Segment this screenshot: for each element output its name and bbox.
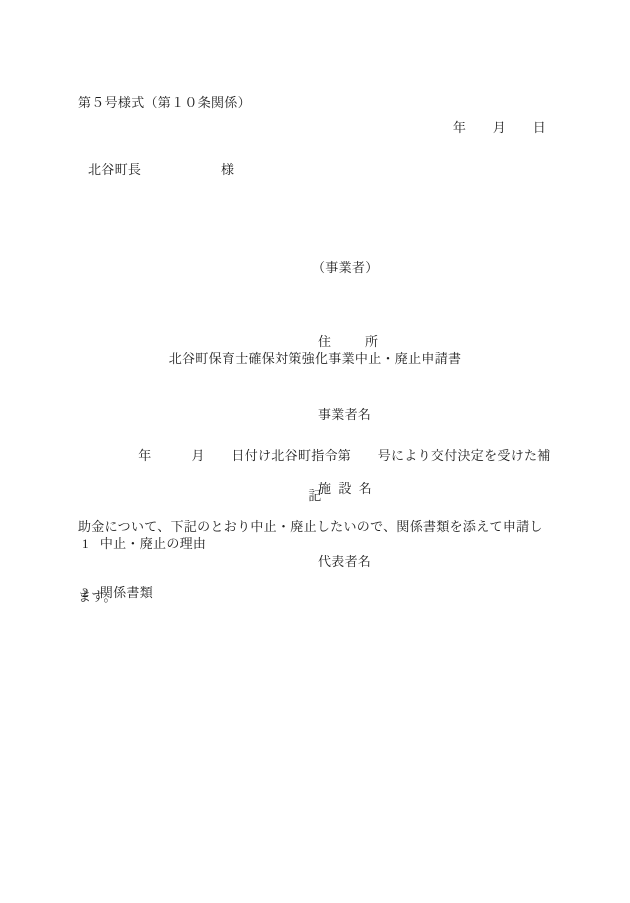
item-2-label: 関係書類 <box>100 581 153 605</box>
date-line: 年 月 日 <box>78 116 546 140</box>
form-number: 第５号様式（第１０条関係） <box>78 91 251 115</box>
applicant-heading: （事業者） <box>312 256 379 281</box>
list-item-1: 1 中止・廃止の理由 <box>82 532 206 556</box>
separator-ki: 記 <box>0 484 630 508</box>
document-title: 北谷町保育士確保対策強化事業中止・廃止申請書 <box>0 347 630 371</box>
list-item-2: 2 関係書類 <box>82 581 153 605</box>
body-paragraph: 年 月 日付け北谷町指令第 号により交付決定を受けた補 助金について、下記のとお… <box>78 397 551 656</box>
item-2-number: 2 <box>82 581 89 605</box>
document-page: 第５号様式（第１０条関係） 年 月 日 北谷町長 様 （事業者） 住 所 事業者… <box>0 0 630 903</box>
addressee-line: 北谷町長 様 <box>88 158 234 182</box>
item-1-label: 中止・廃止の理由 <box>100 532 206 556</box>
item-1-number: 1 <box>82 532 89 556</box>
body-line-1: 年 月 日付け北谷町指令第 号により交付決定を受けた補 <box>78 444 551 468</box>
